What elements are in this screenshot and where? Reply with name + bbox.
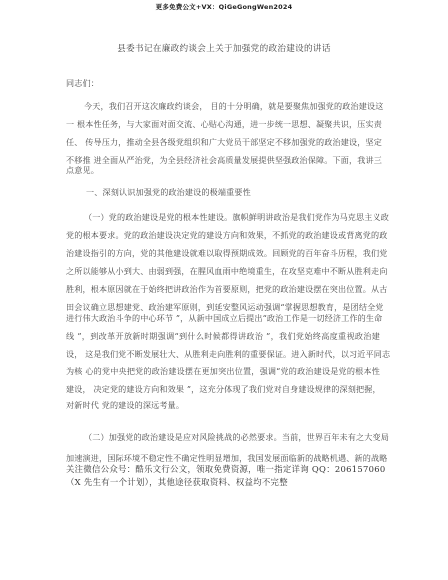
subsection-line: （一）党的政治建设是党的根本性建设。旗帜鲜明讲政治是我们党作为马克思主义政 — [84, 212, 380, 222]
document-title: 县委书记在廉政约谈会上关于加强党的政治建设的讲话 — [0, 42, 448, 54]
subsection-line: （二）加强党的政治建设是应对风险挑战的必然要求。当前，世界百年未有之大变局 — [84, 432, 380, 442]
intro-line: 点意见。 — [66, 165, 380, 175]
subsection-line: 治建设指引的方向，党的其他建设就难以取得预期成效。回顾党的百年奋斗历程，我们党 — [66, 248, 380, 258]
subsection-line: 加速演进，国际环境不稳定性不确定性明显增加，我国发展面临新的战略机遇、新的战略 — [66, 453, 380, 463]
intro-line: 一 根本性任务，与大家面对面交流、心贴心沟通，进一步统一思想、凝聚共识，压实责 — [66, 119, 380, 129]
subsection-line: 建设， 决定党的建设方向和效果 ”，这充分体现了我们党对自身建设规律的深刻把握， — [66, 384, 380, 394]
section-heading: 一、深刻认识加强党的政治建设的极端重要性 — [86, 187, 400, 197]
subsection-line: 党的根本要求。党的政治建设决定党的建设方向和效果，不抓党的政治建设或背离党的政 — [66, 230, 380, 240]
subsection-line: 为核 心的党中央把党的政治建设摆在更加突出位置，强调“党的政治建设是党的根本性 — [66, 366, 380, 376]
footer-notice-line: （X 先生有一个计划），其他途径获取资料、权益均不完整 — [66, 477, 380, 487]
header-note: 更多免费公文+VX：QiGeGongWen2024 — [0, 2, 448, 11]
intro-line: 任、 传导压力，推动全县各级党组织和广大党员干部坚定不移加强党的政治建设，坚定 — [66, 137, 380, 147]
intro-line: 今天，我们召开这次廉政约谈会， 目的十分明确，就是要聚焦加强党的政治建设这 — [84, 101, 380, 111]
salutation: 同志们： — [66, 78, 380, 88]
subsection-line: 胜利，根本原因就在于始终把讲政治作为首要原则，把党的政治建设摆在突出位置。从古 — [66, 284, 380, 294]
subsection-line: 进行伟大政治斗争的中心环节 ”，从新中国成立后提出“政治工作是一切经济工作的生命 — [66, 313, 380, 323]
intro-line: 不移推 进全面从严治党，为全县经济社会高质量发展提供坚强政治保障。下面，我讲三 — [66, 155, 380, 165]
subsection-line: 田会议确立思想建党、政治建军原则，到延安整风运动强调“掌握思想教育，是团结全党 — [66, 302, 380, 312]
subsection-line: 线 ”，到改革开放新时期强调“到什么时候都得讲政治 ”，我们党始终高度重视政治建 — [66, 331, 380, 341]
subsection-line: 对新时代 党的建设的深远考量。 — [66, 400, 380, 410]
subsection-line: 之所以能够从小到大、由弱到强，在腥风血雨中绝境重生，在攻坚克难中不断从胜利走向 — [66, 266, 380, 276]
subsection-line: 设， 这是我们党不断发展壮大、从胜利走向胜利的重要保证。进入新时代，以习近平同志 — [66, 349, 380, 359]
footer-notice-line: 关注微信公众号：酷乐文行公文，领取免费资源，唯一指定详询 QQ：20615706… — [66, 464, 380, 474]
